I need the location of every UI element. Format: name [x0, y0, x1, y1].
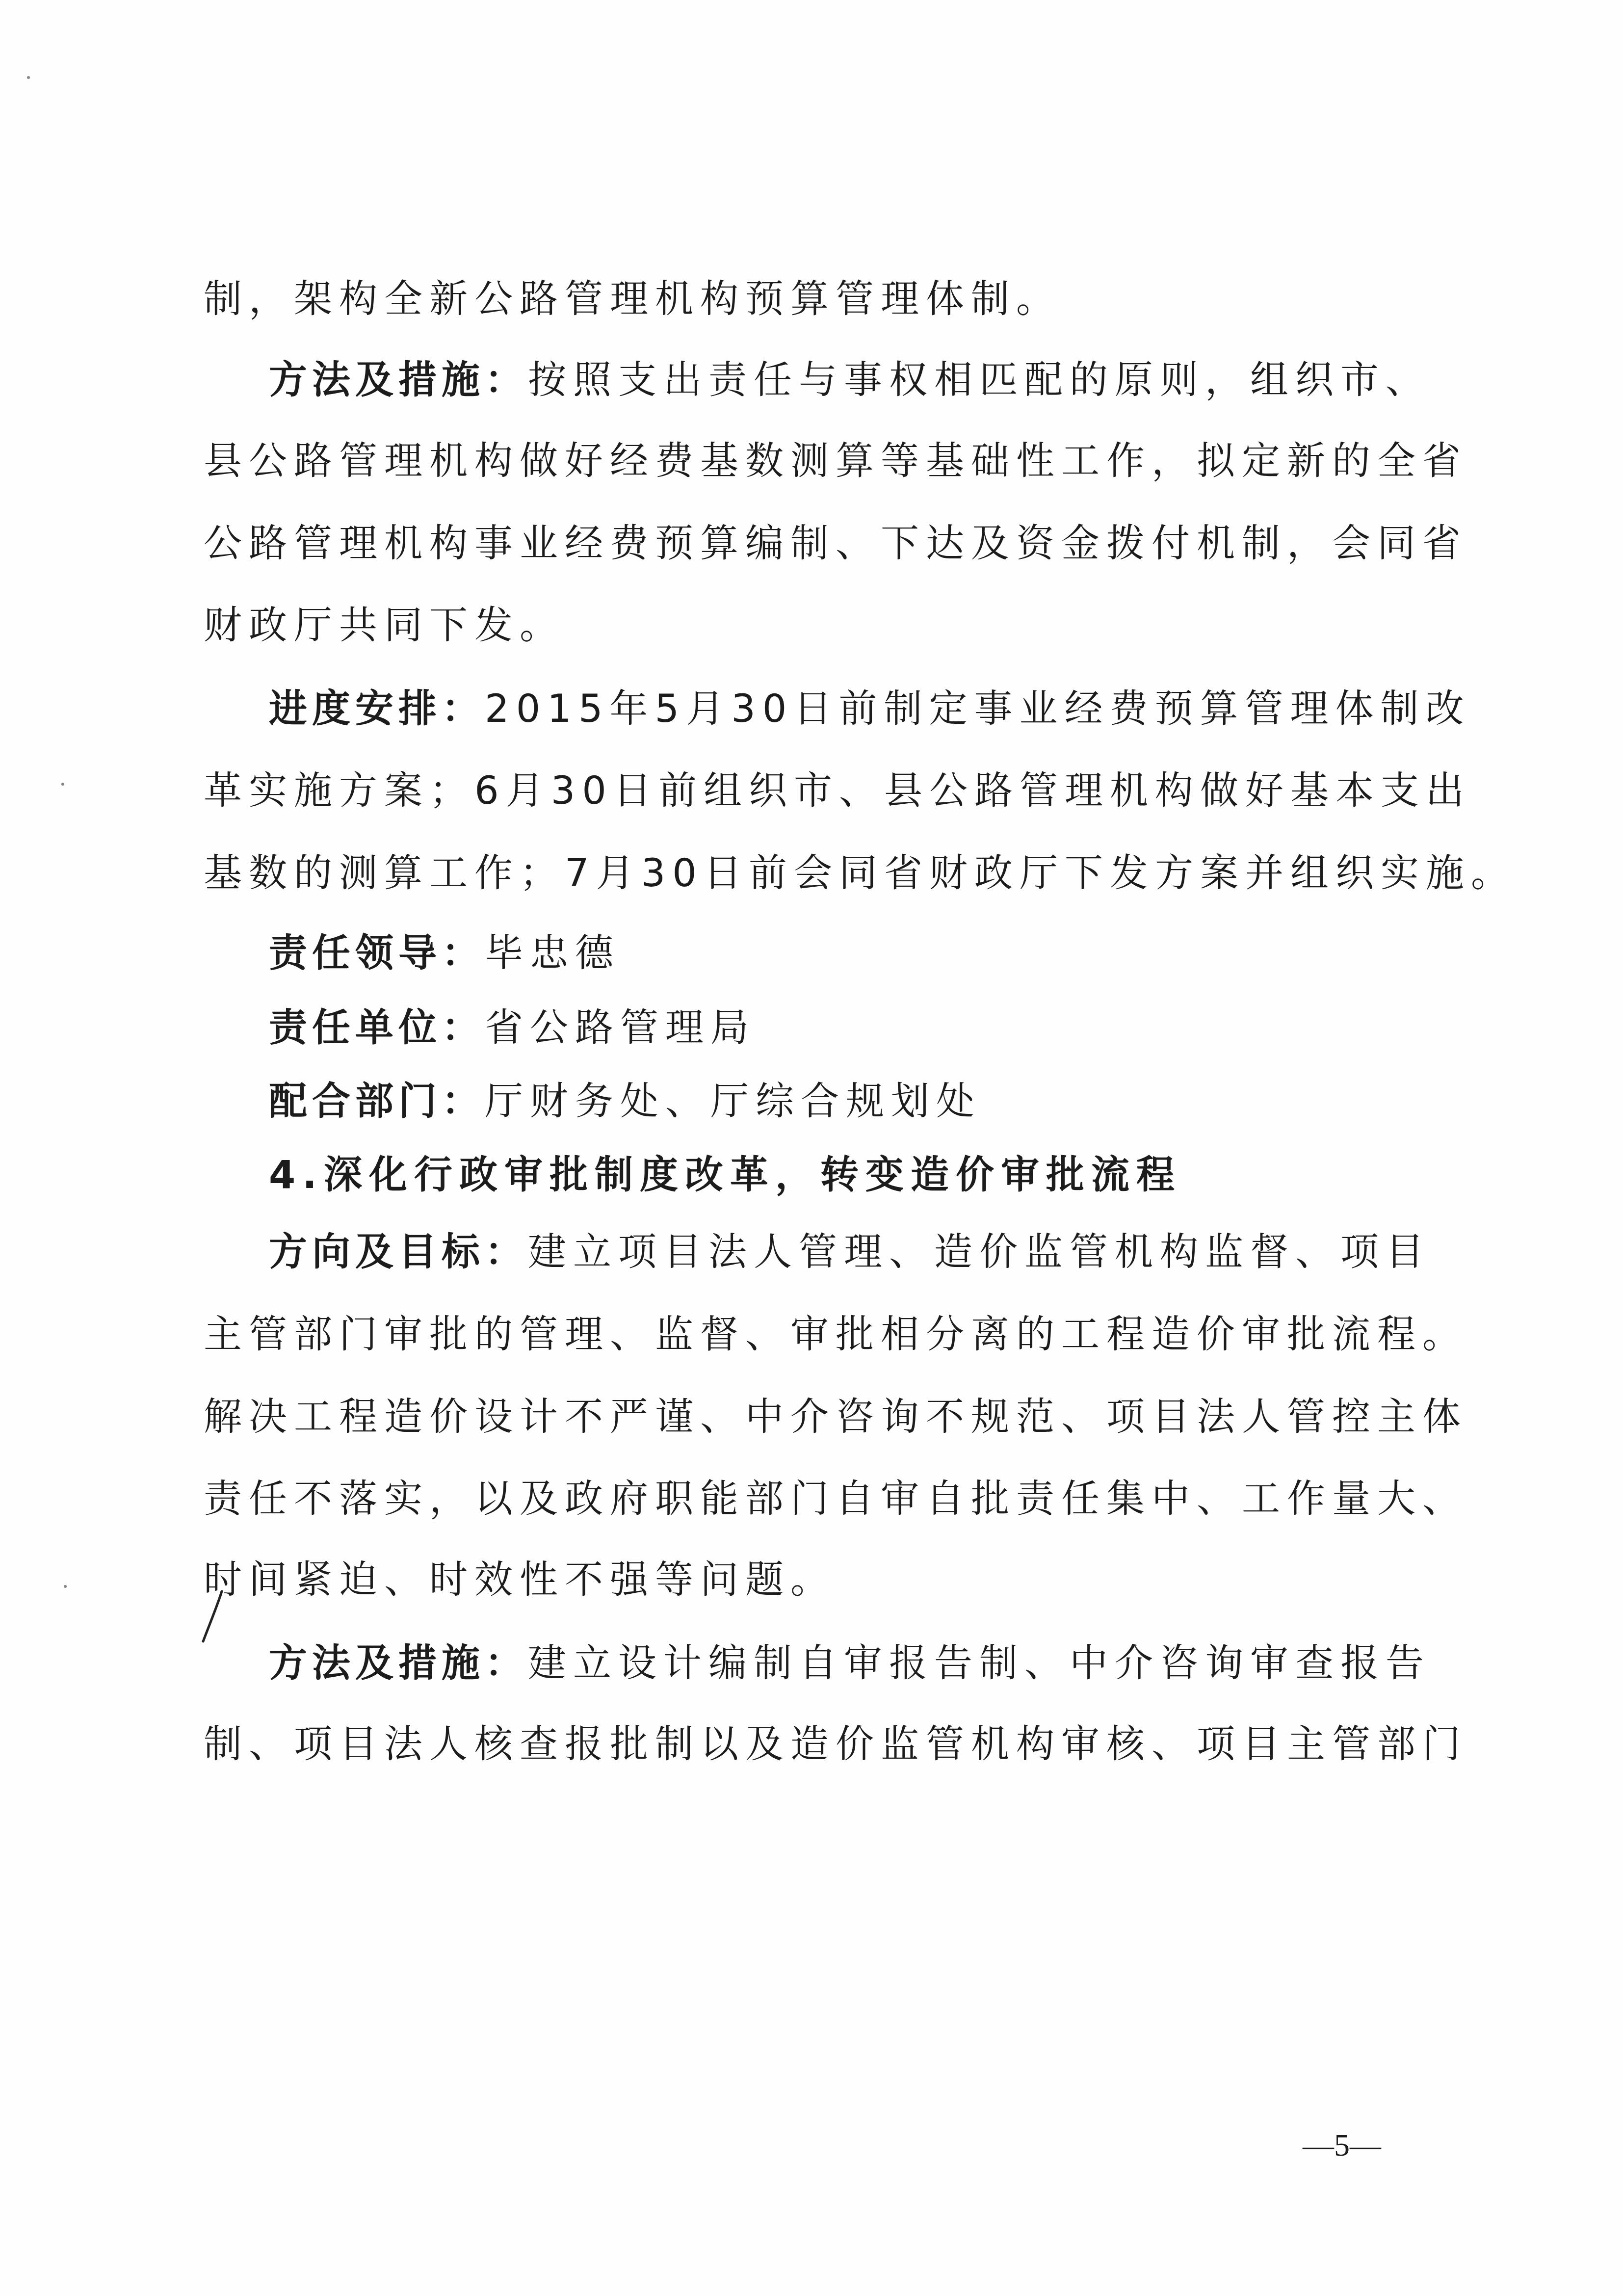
body-line: 县公路管理机构做好经费基数测算等基础性工作，拟定新的全省 — [204, 437, 1467, 486]
schedule-label: 进度安排： — [269, 687, 485, 731]
section-heading-text: 4.深化行政审批制度改革，转变造价审批流程 — [269, 1153, 1181, 1197]
cooperating-dept-line: 配合部门：厅财务处、厅综合规划处 — [269, 1077, 981, 1126]
line-text: 时间紧迫、时效性不强等问题。 — [204, 1558, 836, 1602]
body-line: 时间紧迫、时效性不强等问题。 — [204, 1556, 836, 1605]
line-text: 按照支出责任与事权相匹配的原则，组织市、 — [528, 358, 1431, 402]
page-number: —5— — [1303, 2127, 1381, 2164]
responsible-leader-value: 毕忠德 — [485, 931, 620, 976]
body-line: 基数的测算工作；7月30日前会同省财政厅下发方案并组织实施。 — [204, 849, 1516, 898]
responsible-unit-label: 责任单位： — [269, 1006, 485, 1050]
line-text: 县公路管理机构做好经费基数测算等基础性工作，拟定新的全省 — [204, 439, 1467, 483]
body-line: 财政厅共同下发。 — [204, 601, 565, 650]
responsible-leader-label: 责任领导： — [269, 931, 485, 976]
responsible-unit-value: 省公路管理局 — [485, 1006, 756, 1050]
line-text: 制、项目法人核查报批制以及造价监管机构审核、项目主管部门 — [204, 1722, 1467, 1767]
direction-paragraph-line: 方向及目标：建立项目法人管理、造价监管机构监督、项目 — [269, 1228, 1431, 1277]
section-heading: 4.深化行政审批制度改革，转变造价审批流程 — [269, 1151, 1181, 1200]
line-text: 责任不落实，以及政府职能部门自审自批责任集中、工作量大、 — [204, 1477, 1467, 1521]
line-text: 制，架构全新公路管理机构预算管理体制。 — [204, 277, 1061, 321]
cooperating-dept-value: 厅财务处、厅综合规划处 — [485, 1080, 981, 1124]
line-text: 公路管理机构事业经费预算编制、下达及资金拨付机制，会同省 — [204, 522, 1467, 566]
line-text: 建立设计编制自审报告制、中介咨询审查报告 — [528, 1641, 1431, 1686]
body-line: 责任不落实，以及政府职能部门自审自批责任集中、工作量大、 — [204, 1475, 1467, 1524]
line-text: 革实施方案；6月30日前组织市、县公路管理机构做好基本支出 — [204, 769, 1471, 813]
handwritten-pen-mark — [197, 1587, 227, 1646]
responsible-unit-line: 责任单位：省公路管理局 — [269, 1003, 756, 1053]
scan-speck — [64, 1585, 67, 1588]
body-line: 革实施方案；6月30日前组织市、县公路管理机构做好基本支出 — [204, 766, 1471, 816]
scan-speck — [27, 76, 30, 79]
body-line: 制、项目法人核查报批制以及造价监管机构审核、项目主管部门 — [204, 1720, 1467, 1769]
body-line: 主管部门审批的管理、监督、审批相分离的工程造价审批流程。 — [204, 1310, 1467, 1359]
body-line: 制，架构全新公路管理机构预算管理体制。 — [204, 275, 1061, 324]
direction-label: 方向及目标： — [269, 1230, 528, 1274]
document-page: 制，架构全新公路管理机构预算管理体制。 方法及措施：按照支出责任与事权相匹配的原… — [0, 0, 1623, 2296]
body-line: 解决工程造价设计不严谨、中介咨询不规范、项目法人管控主体 — [204, 1393, 1467, 1442]
scan-speck — [61, 783, 64, 786]
line-text: 解决工程造价设计不严谨、中介咨询不规范、项目法人管控主体 — [204, 1395, 1467, 1439]
method-label: 方法及措施： — [269, 1641, 528, 1686]
line-text: 主管部门审批的管理、监督、审批相分离的工程造价审批流程。 — [204, 1313, 1467, 1357]
method-label: 方法及措施： — [269, 358, 528, 402]
responsible-leader-line: 责任领导：毕忠德 — [269, 929, 620, 978]
line-text: 基数的测算工作；7月30日前会同省财政厅下发方案并组织实施。 — [204, 851, 1516, 896]
line-text: 财政厅共同下发。 — [204, 604, 565, 648]
method-paragraph-line: 方法及措施：按照支出责任与事权相匹配的原则，组织市、 — [269, 356, 1431, 405]
line-text: 2015年5月30日前制定事业经费预算管理体制改 — [485, 687, 1470, 731]
line-text: 建立项目法人管理、造价监管机构监督、项目 — [528, 1230, 1431, 1274]
cooperating-dept-label: 配合部门： — [269, 1080, 485, 1124]
body-line: 公路管理机构事业经费预算编制、下达及资金拨付机制，会同省 — [204, 519, 1467, 568]
schedule-paragraph-line: 进度安排：2015年5月30日前制定事业经费预算管理体制改 — [269, 685, 1470, 734]
method-paragraph-line: 方法及措施：建立设计编制自审报告制、中介咨询审查报告 — [269, 1639, 1431, 1688]
